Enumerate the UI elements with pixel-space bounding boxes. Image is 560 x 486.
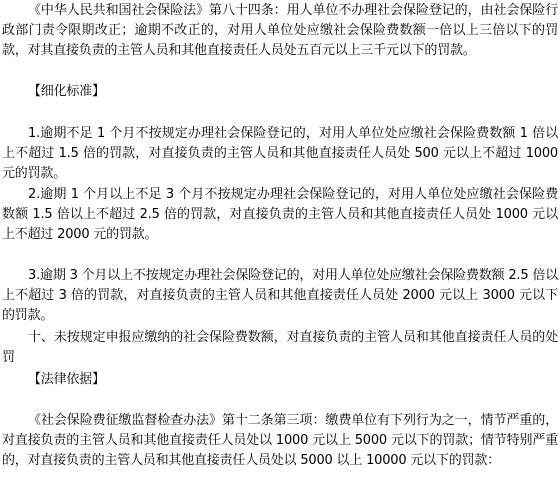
section-10-title: 十、未按规定申报应缴纳的社会保险费数额，对直接负责的主管人员和其他直接责任人员的… (2, 328, 558, 368)
paragraph-law-article-84: 《中华人民共和国社会保险法》第八十四条：用人单位不办理社会保险登记的，由社会保险… (2, 1, 558, 61)
paragraph-standard-1: 1.逾期不足 1 个月不按规定办理社会保险登记的，对用人单位处应缴社会保险费数额… (2, 124, 558, 184)
paragraph-standard-3: 3.逾期 3 个月以上不按规定办理社会保险登记的，对用人单位处应缴社会保险费数额… (2, 266, 558, 326)
paragraph-standard-2: 2.逾期 1 个月以上不足 3 个月不按规定办理社会保险登记的，对用人单位处应缴… (2, 185, 558, 245)
heading-detailed-standards: 【细化标准】 (2, 82, 558, 102)
paragraph-regulation-article-12: 《社会保险费征缴监督检查办法》第十二条第三项：缴费单位有下列行为之一，情节严重的… (2, 411, 558, 471)
heading-legal-basis: 【法律依据】 (2, 370, 558, 390)
